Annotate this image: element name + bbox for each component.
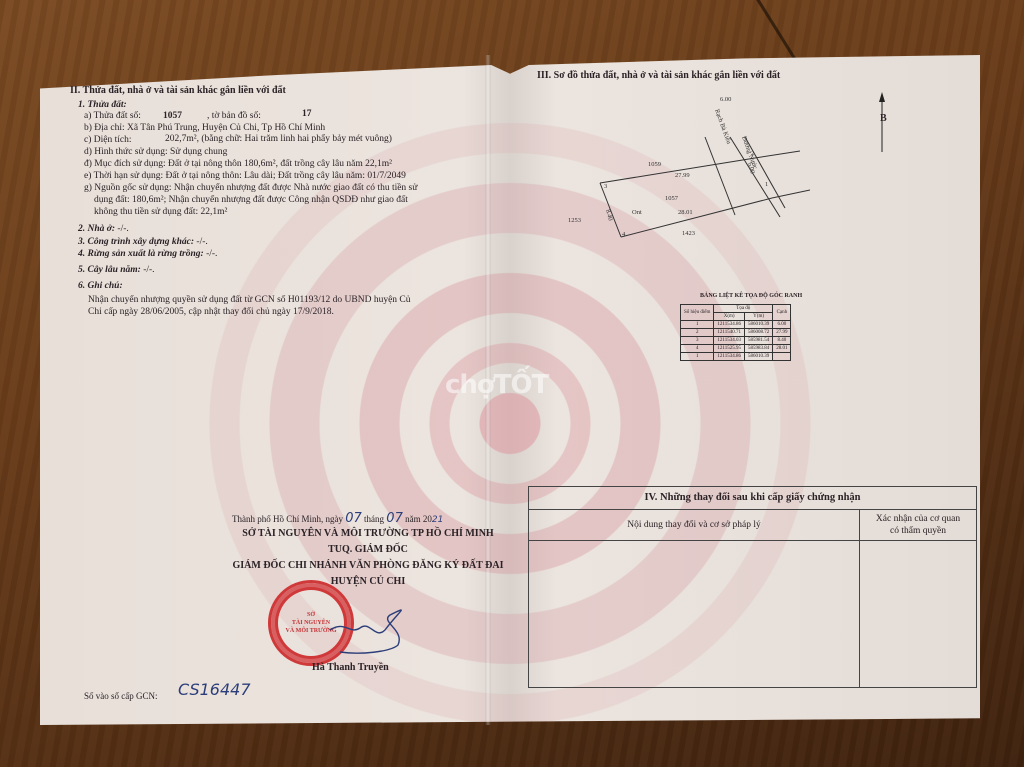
signature-scribble: [320, 600, 420, 660]
forest-item: 4. Rừng sản xuất là rừng trồng: -/-.: [78, 248, 217, 260]
notes-heading: 6. Ghi chú:: [78, 280, 123, 292]
svg-text:1059: 1059: [648, 161, 661, 168]
parcel-number: 1057: [163, 110, 182, 122]
map-sheet-label: , tờ bản đồ số:: [207, 110, 261, 122]
origin-line-3: không thu tiền sử dụng đất: 22,1m²: [94, 206, 227, 218]
svg-text:27.99: 27.99: [675, 172, 690, 179]
svg-text:8.40: 8.40: [604, 209, 614, 222]
chotot-watermark: chợTỐT: [445, 370, 548, 400]
notes-line-2: Chi cấp ngày 28/06/2005, cập nhật thay đ…: [88, 306, 334, 318]
changes-col-confirm: Xác nhận của cơ quancó thẩm quyền: [860, 510, 976, 540]
coord-table-title: BẢNG LIỆT KÊ TỌA ĐỘ GÓC RANH: [700, 293, 802, 299]
perennial-item: 5. Cây lâu năm: -/-.: [78, 264, 155, 276]
svg-text:Ont: Ont: [632, 209, 642, 216]
house-item: 2. Nhà ở: -/-.: [78, 223, 129, 235]
section-ii-title: II. Thửa đất, nhà ở và tài sản khác gắn …: [70, 85, 286, 96]
usage-purpose: đ) Mục đích sử dụng: Đất ở tại nông thôn…: [84, 158, 392, 170]
changes-col-content: Nội dung thay đổi và cơ sở pháp lý: [529, 510, 860, 540]
svg-text:4: 4: [622, 231, 626, 238]
map-sheet-number: 17: [302, 108, 312, 120]
parcel-label: a) Thửa đất số:: [84, 110, 141, 122]
notes-line-1: Nhận chuyển nhượng quyền sử dụng đất từ …: [88, 294, 411, 306]
register-label: Số vào sổ cấp GCN:: [84, 690, 158, 702]
svg-text:1253: 1253: [568, 217, 581, 224]
place-date: Thành phố Hồ Chí Minh, ngày 07 tháng 07 …: [232, 513, 443, 526]
parcel-diagram: 1059 1057 Ont 1253 1423 27.99 28.01 6.00…: [560, 95, 820, 255]
svg-text:1057: 1057: [665, 195, 679, 202]
coord-table-row: 11211534.86586010.396.00: [681, 321, 791, 329]
issuer-line-1: SỞ TÀI NGUYÊN VÀ MÔI TRƯỜNG TP HỒ CHÍ MI…: [218, 526, 518, 542]
coord-table-row: 21211540.71586008.7227.99: [681, 329, 791, 337]
issuer-block: SỞ TÀI NGUYÊN VÀ MÔI TRƯỜNG TP HỒ CHÍ MI…: [218, 526, 518, 590]
svg-text:28.01: 28.01: [678, 209, 693, 216]
changes-confirm-cell: [860, 541, 976, 688]
issuer-line-2: TUQ. GIÁM ĐỐC: [218, 542, 518, 558]
north-label: B: [880, 113, 887, 125]
signer-name: Hà Thanh Truyền: [312, 662, 389, 674]
coord-table-row: 41211525.95585983.8428.01: [681, 345, 791, 353]
usage-form: d) Hình thức sử dụng: Sử dụng chung: [84, 146, 227, 158]
svg-text:1: 1: [765, 181, 768, 188]
origin-line-1: g) Nguồn gốc sử dụng: Nhận chuyển nhượng…: [84, 182, 417, 194]
coord-table: Số hiệu điểm Tọa độ Cạnh X(m) Y(m) 11211…: [680, 304, 791, 361]
issuer-line-4: HUYỆN CỦ CHI: [218, 574, 518, 590]
area-label: c) Diện tích:: [84, 134, 131, 146]
svg-text:3: 3: [604, 183, 607, 190]
register-number: CS16447: [178, 684, 251, 696]
section-iii-title: III. Sơ đồ thửa đất, nhà ở và tài sản kh…: [537, 70, 780, 81]
construction-item: 3. Công trình xây dựng khác: -/-.: [78, 236, 208, 248]
area-value: 202,7m², (bằng chữ: Hai trăm linh hai ph…: [165, 133, 392, 145]
coord-table-row: 31211534.03585981.548.40: [681, 337, 791, 345]
issuer-line-3: GIÁM ĐỐC CHI NHÁNH VĂN PHÒNG ĐĂNG KÝ ĐẤT…: [218, 558, 518, 574]
svg-text:1423: 1423: [682, 230, 695, 237]
coord-table-row: 11211534.86586010.39: [681, 353, 791, 361]
changes-title: IV. Những thay đổi sau khi cấp giấy chứn…: [529, 487, 976, 510]
origin-line-2: dụng đất: 180,6m²; Nhận chuyển nhượng đấ…: [94, 194, 408, 206]
usage-term: e) Thời hạn sử dụng: Đất ở tại nông thôn…: [84, 170, 406, 182]
changes-content-cell: [529, 541, 860, 688]
changes-table: IV. Những thay đổi sau khi cấp giấy chứn…: [528, 486, 977, 688]
svg-text:6.00: 6.00: [720, 96, 731, 103]
svg-text:Rạch Bà Kiểu: Rạch Bà Kiểu: [713, 108, 732, 145]
